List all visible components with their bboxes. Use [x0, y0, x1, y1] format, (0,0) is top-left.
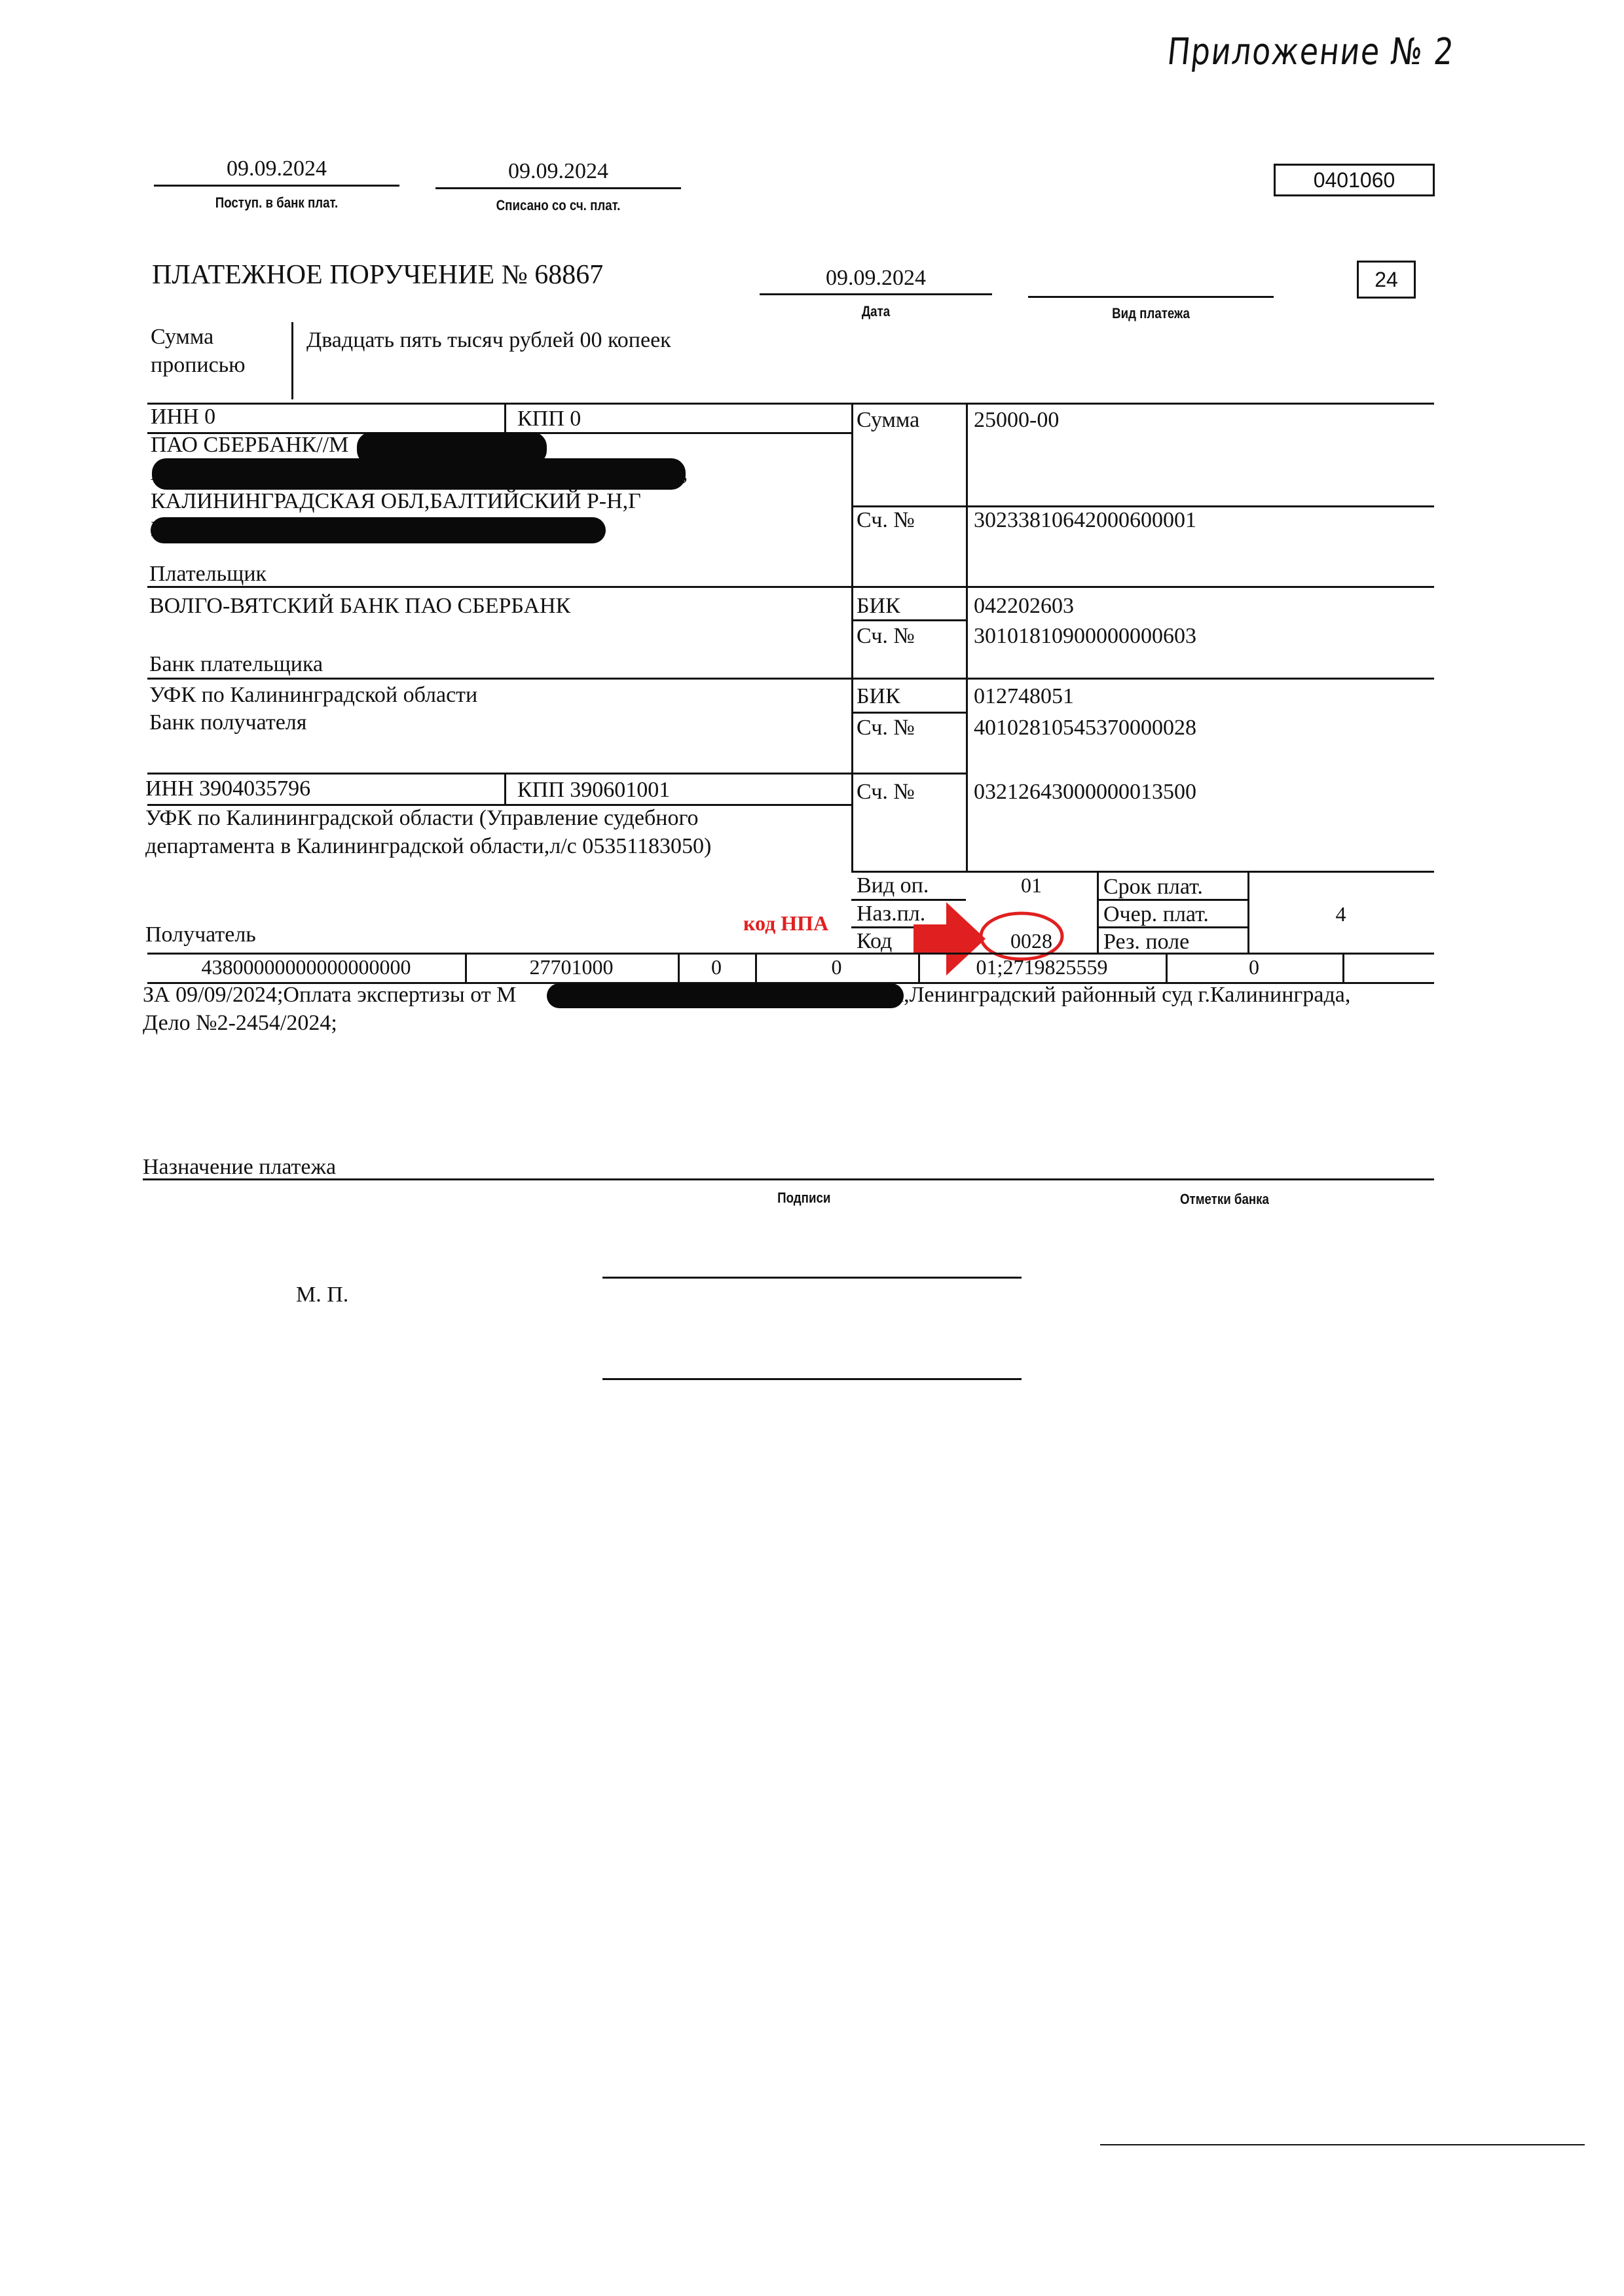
payer-bank-account-label: Сч. № — [857, 623, 915, 649]
amount-words-label-2: прописью — [151, 352, 246, 378]
payer-kpp: КПП 0 — [517, 406, 581, 432]
redaction — [547, 983, 904, 1008]
npa-annotation-label: код НПА — [743, 910, 828, 936]
op-type-label: Вид оп. — [857, 873, 929, 899]
purpose-label: Назначение платежа — [143, 1154, 336, 1180]
budget-kbk: 43800000000000000000 — [147, 955, 465, 979]
priority-value: 4 — [1247, 902, 1434, 926]
payer-inn: ИНН 0 — [151, 404, 215, 430]
payee-bik: 012748051 — [974, 683, 1074, 710]
payer-label: Плательщик — [149, 561, 267, 587]
debited-label: Списано со сч. плат. — [454, 192, 663, 219]
stamp-label: М. П. — [296, 1282, 348, 1308]
payee-kpp: КПП 390601001 — [517, 777, 670, 803]
payee-bank-account-label: Сч. № — [857, 715, 915, 741]
payee-inn: ИНН 3904035796 — [145, 776, 310, 802]
amount-words-value: Двадцать пять тысяч рублей 00 копеек — [306, 327, 671, 354]
payer-bank-account: 30101810900000000603 — [974, 623, 1196, 649]
debited-date: 09.09.2024 — [435, 158, 681, 185]
received-date: 09.09.2024 — [154, 156, 399, 182]
purpose-line-1-tail: а,Ленинградский районный суд г.Калинингр… — [894, 982, 1350, 1008]
status-code: 24 — [1375, 268, 1398, 291]
budget-field-3: 01;2719825559 — [918, 955, 1166, 979]
payee-bik-label: БИК — [857, 683, 900, 710]
payee-name-line-2: департамента в Калининградской области,л… — [145, 833, 711, 860]
signature-line-2[interactable] — [602, 1378, 1022, 1380]
purpose-line-2: Дело №2-2454/2024; — [143, 1010, 337, 1036]
redaction — [151, 517, 606, 543]
payee-account: 03212643000000013500 — [974, 779, 1196, 805]
budget-oktmo: 27701000 — [465, 955, 678, 979]
payee-name-line-1: УФК по Калининградской области (Управлен… — [145, 805, 699, 831]
form-code: 0401060 — [1314, 168, 1395, 192]
op-type: 01 — [966, 873, 1097, 898]
amount-value: 25000-00 — [974, 407, 1059, 433]
payee-label: Получатель — [145, 922, 256, 948]
payer-name-line-3: КАЛИНИНГРАДСКАЯ ОБЛ,БАЛТИЙСКИЙ Р-Н,Г — [151, 488, 641, 515]
bank-marks-label: Отметки банка — [1180, 1186, 1269, 1212]
status-code-box: 24 — [1357, 261, 1416, 299]
payer-bik: 042202603 — [974, 593, 1074, 619]
handwritten-annotation: Приложение № 2 — [1166, 39, 1456, 65]
payee-bank-account: 40102810545370000028 — [974, 715, 1196, 741]
payer-name-line-1: ПАО СБЕРБАНК//М — [151, 432, 348, 458]
priority-label: Очер. плат. — [1103, 902, 1209, 928]
code-label: Код — [857, 928, 892, 955]
document-date: 09.09.2024 — [760, 265, 992, 291]
purpose-line-1-head: ЗА 09/09/2024;Оплата экспертизы от М — [143, 982, 516, 1008]
amount-label: Сумма — [857, 407, 919, 433]
budget-field-2: 0 — [755, 955, 918, 979]
received-label: Поступ. в банк плат. — [172, 190, 381, 216]
date-label: Дата — [777, 299, 975, 325]
form-code-box: 0401060 — [1274, 164, 1435, 196]
payer-account-label: Сч. № — [857, 507, 915, 534]
payer-account: 30233810642000600001 — [974, 507, 1196, 534]
amount-words-label-1: Сумма — [151, 324, 213, 350]
payer-bank-name: ВОЛГО-ВЯТСКИЙ БАНК ПАО СБЕРБАНК — [149, 593, 570, 619]
signature-line-1[interactable] — [602, 1277, 1022, 1279]
signatures-label: Подписи — [777, 1185, 830, 1211]
reserved-label: Рез. поле — [1103, 929, 1189, 955]
payer-bank-label: Банк плательщика — [149, 651, 323, 678]
redaction — [152, 458, 686, 490]
payment-type-label: Вид платежа — [1046, 301, 1255, 327]
page-title: ПЛАТЕЖНОЕ ПОРУЧЕНИЕ № 68867 — [152, 259, 603, 291]
payee-bank-label: Банк получателя — [149, 710, 306, 736]
term-label: Срок плат. — [1103, 874, 1203, 900]
budget-field-4: 0 — [1166, 955, 1342, 979]
payer-bik-label: БИК — [857, 593, 900, 619]
payee-account-label: Сч. № — [857, 779, 915, 805]
payee-bank-name: УФК по Калининградской области — [149, 682, 477, 708]
budget-field-1: 0 — [678, 955, 755, 979]
